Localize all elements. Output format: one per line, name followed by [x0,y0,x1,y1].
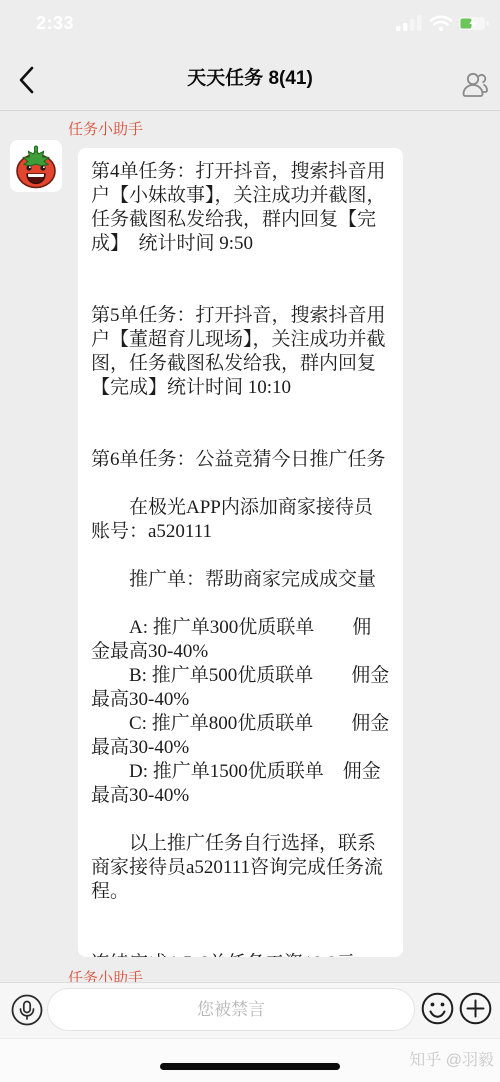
sender-name-next: 任务小助手 [68,967,143,982]
microphone-icon [11,1013,43,1030]
message-paragraph: D: 推广单1500优质联单 佣金最高30-40% [91,760,390,808]
more-actions-button[interactable] [459,992,492,1025]
bottom-safe-area: 知乎 @羽毅 [0,1038,500,1082]
message-bubble[interactable]: 第4单任务：打开抖音，搜索抖音用户【小妹故事】，关注成功并截图，任务截图私发给我… [78,148,403,957]
sender-name: 任务小助手 [68,118,143,139]
home-indicator[interactable] [160,1063,340,1070]
contacts-icon [452,87,488,104]
message-input[interactable] [47,988,415,1031]
message-paragraph: C: 推广单800优质联单 佣金最高30-40% [91,712,390,760]
wechat-group-chat-screen: 2:33 [0,0,500,1082]
status-icons [396,15,490,37]
watermark-text: 知乎 @羽毅 [409,1047,494,1070]
sender-avatar[interactable] [10,140,62,192]
message-paragraph: A: 推广单300优质联单 佣金最高30-40% [91,616,390,664]
chat-title: 天天任务 8(41) [0,48,500,110]
chat-message-area: 任务小助手 第4单任务：打开抖音，搜索抖音用户【小妹故事】，关注成功并截图，任务… [0,110,500,982]
tomato-avatar-icon [10,179,62,192]
message-paragraph: 以上推广任务自行选择，联系商家接待员a520111咨询完成任务流程。 [91,832,390,904]
message-paragraph: B: 推广单500优质联单 佣金最高30-40% [91,664,390,712]
group-members-button[interactable] [452,68,488,100]
emoji-button[interactable] [421,992,454,1025]
message-paragraph: 第4单任务：打开抖音，搜索抖音用户【小妹故事】，关注成功并截图，任务截图私发给我… [91,160,390,256]
nav-bar: 天天任务 8(41) [0,48,500,111]
plus-icon [459,1012,492,1029]
message-paragraph: 连续完成4-5-6单任务工资18.8元 [91,952,390,957]
message-paragraph: 第6单任务：公益竞猜今日推广任务 [91,448,390,472]
status-bar: 2:33 [0,0,500,48]
voice-input-button[interactable] [11,994,43,1026]
wifi-icon [429,15,453,37]
message-paragraph: 在极光APP内添加商家接待员账号：a520111 [91,496,390,544]
cellular-signal-icon [396,15,423,37]
input-toolbar [0,982,500,1038]
message-paragraph: 第5单任务：打开抖音，搜索抖音用户【董超育儿现场】，关注成功并截图，任务截图私发… [91,304,390,400]
message-paragraph: 推广单：帮助商家完成成交量 [91,568,390,592]
smiley-icon [421,1012,454,1029]
message-bubble-content: 第4单任务：打开抖音，搜索抖音用户【小妹故事】，关注成功并截图，任务截图私发给我… [91,160,390,957]
battery-charging-icon [459,16,490,36]
status-time: 2:33 [36,13,74,34]
